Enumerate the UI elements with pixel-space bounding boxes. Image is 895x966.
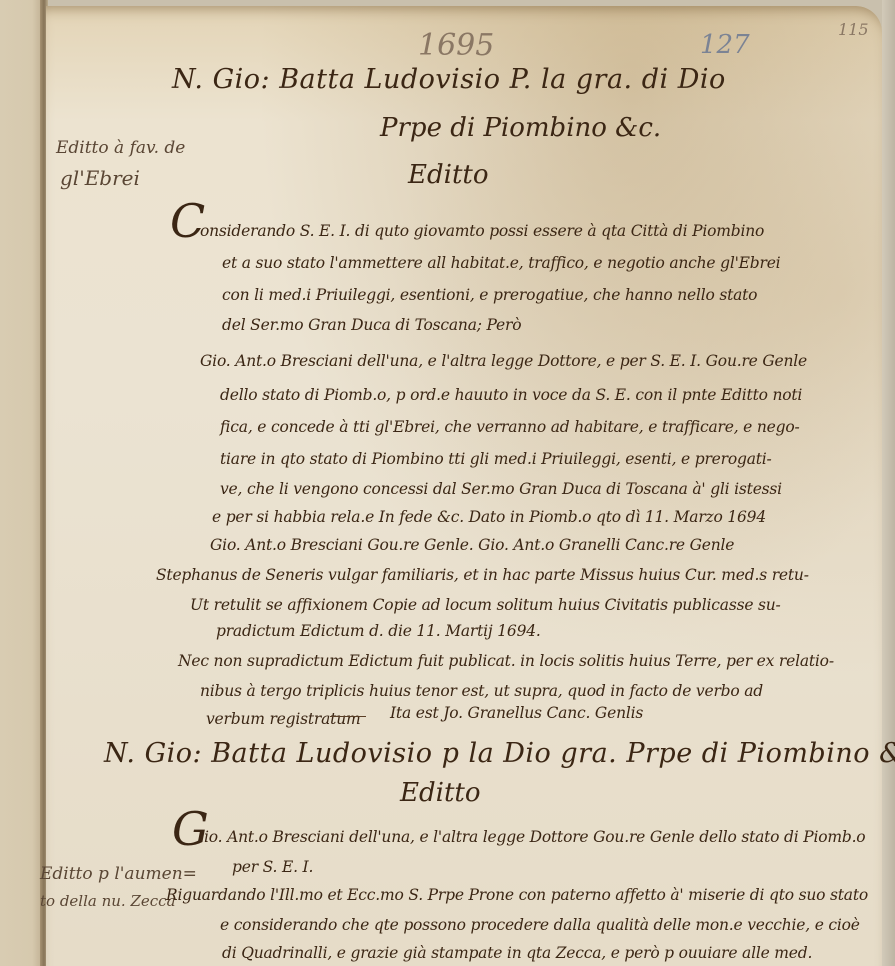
edict-2-line: Riguardando l'Ill.mo et Ecc.mo S. Prpe P… — [166, 886, 868, 904]
edict-1-line: fica, e concede à tti gl'Ebrei, che verr… — [220, 418, 800, 436]
edict-1-title: Editto — [408, 160, 489, 190]
edict-1-heading-line1: N. Gio: Batta Ludovisio P. la gra. di Di… — [172, 64, 726, 95]
edict-1-line: del Ser.mo Gran Duca di Toscana; Però — [222, 316, 521, 334]
edict-2-line: io. Ant.o Bresciani dell'una, e l'altra … — [204, 828, 865, 846]
year-annotation: 1695 — [418, 28, 494, 63]
edict-2-margin-note-line1: Editto p l'aumen= — [40, 864, 197, 884]
publication-note-line: nibus à tergo triplicis huius tenor est,… — [200, 682, 763, 700]
edict-2-heading: N. Gio: Batta Ludovisio p la Dio gra. Pr… — [104, 738, 895, 769]
edict-1-line: tiare in qto stato di Piombino tti gli m… — [220, 450, 772, 468]
edict-2-title: Editto — [400, 778, 481, 808]
edict-1-line: dello stato di Piomb.o, p ord.e hauuto i… — [220, 386, 802, 404]
background-surface — [882, 0, 895, 966]
publication-note-line: pradictum Edictum d. die 11. Martij 1694… — [216, 622, 541, 640]
edict-1-margin-note-line1: Editto à fav. de — [56, 138, 185, 158]
folio-number-ink: 115 — [838, 20, 869, 39]
registration-signature: Ita est Jo. Granellus Canc. Genlis — [390, 704, 643, 722]
edict-2-line: e considerando che qte possono procedere… — [220, 916, 860, 934]
edict-2-margin-note-line2: to della nu. Zecca — [40, 892, 176, 910]
edict-1-line: et a suo stato l'ammettere all habitat.e… — [222, 254, 780, 272]
publication-note-line: Ut retulit se affixionem Copie ad locum … — [190, 596, 781, 614]
edict-1-signature: Gio. Ant.o Bresciani Gou.re Genle. Gio. … — [210, 536, 734, 554]
edict-1-margin-note-line2: gl'Ebrei — [60, 166, 140, 190]
registration-dash — [330, 716, 366, 717]
edict-1-heading-line2: Prpe di Piombino &c. — [380, 113, 661, 143]
edict-2-line: di Quadrinalli, e grazie già stampate in… — [222, 944, 812, 962]
edict-1-line: onsiderando S. E. I. di quto giovamto po… — [200, 222, 764, 240]
edict-2-line: per S. E. I. — [232, 858, 313, 876]
edict-1-line: ve, che li vengono concessi dal Ser.mo G… — [220, 480, 782, 498]
publication-note-line: Stephanus de Seneris vulgar familiaris, … — [156, 566, 809, 584]
publication-note-line: verbum registratum — [206, 710, 360, 728]
edict-1-line: e per si habbia rela.e In fede &c. Dato … — [212, 508, 766, 526]
edict-1-line: con li med.i Priuileggi, esentioni, e pr… — [222, 286, 757, 304]
publication-note-line: Nec non supradictum Edictum fuit publica… — [178, 652, 834, 670]
edict-1-line: Gio. Ant.o Bresciani dell'una, e l'altra… — [200, 352, 807, 370]
folio-number-blue: 127 — [700, 30, 750, 60]
